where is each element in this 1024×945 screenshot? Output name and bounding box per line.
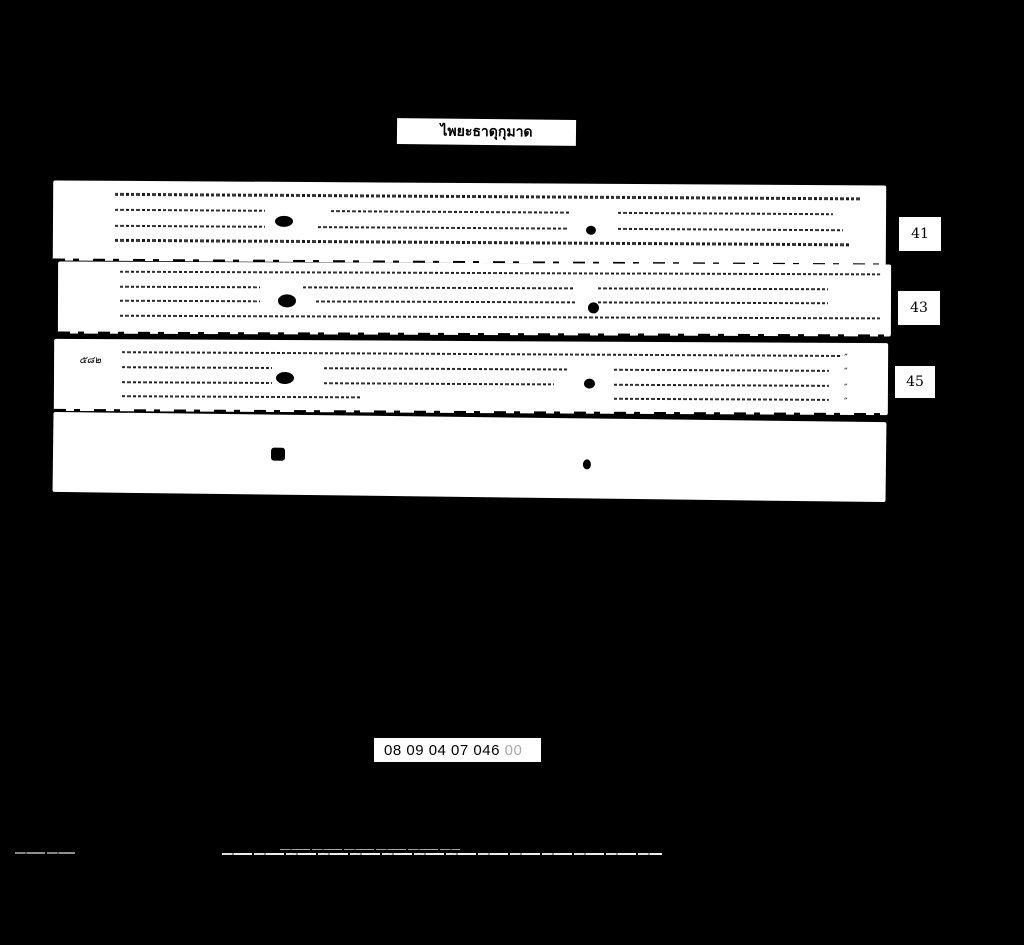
palm-leaf-1 bbox=[53, 180, 886, 265]
text-line bbox=[115, 193, 860, 201]
palm-leaf-4-blank bbox=[53, 412, 887, 502]
margin-tick: ″ bbox=[844, 367, 848, 378]
text-line bbox=[331, 210, 571, 213]
text-line bbox=[324, 367, 569, 370]
ruler-edge bbox=[280, 849, 460, 850]
text-line bbox=[122, 351, 842, 357]
text-line bbox=[318, 226, 568, 230]
margin-tick: ″ bbox=[844, 353, 848, 364]
text-line bbox=[120, 286, 260, 288]
folio-number-43: 43 bbox=[898, 291, 940, 325]
margin-tick: ″ bbox=[844, 383, 848, 394]
text-line bbox=[614, 398, 829, 401]
binding-hole bbox=[271, 448, 285, 461]
folio-number-41: 41 bbox=[899, 217, 941, 251]
text-line bbox=[120, 271, 880, 276]
text-line bbox=[618, 228, 843, 231]
binding-hole bbox=[276, 372, 294, 384]
text-line bbox=[614, 384, 829, 387]
text-line bbox=[115, 209, 265, 212]
margin-note: ๕๘๒ bbox=[79, 353, 101, 368]
binding-hole bbox=[583, 459, 591, 469]
text-line bbox=[303, 286, 573, 289]
text-line bbox=[316, 300, 576, 303]
palm-leaf-2 bbox=[58, 262, 891, 337]
binding-hole bbox=[278, 294, 296, 307]
archive-id-label: 08 09 04 07 046 00 bbox=[374, 738, 541, 762]
text-line bbox=[122, 381, 272, 384]
margin-tick: ″ bbox=[844, 397, 848, 408]
title-label: ไพยะธาดุกุมาด bbox=[397, 118, 576, 146]
ruler-edge bbox=[222, 853, 662, 855]
text-line bbox=[618, 212, 833, 215]
text-line bbox=[120, 315, 880, 320]
text-line bbox=[598, 287, 828, 290]
binding-hole bbox=[275, 216, 293, 227]
text-line bbox=[122, 366, 272, 369]
folio-number-45: 45 bbox=[895, 366, 935, 398]
archive-id-main: 08 09 04 07 046 bbox=[384, 742, 500, 759]
text-line bbox=[120, 300, 260, 302]
binding-hole bbox=[586, 226, 596, 235]
binding-hole bbox=[588, 302, 599, 313]
palm-leaf-3: ๕๘๒ ″ ″ ″ ″ bbox=[54, 339, 888, 415]
binding-hole bbox=[584, 379, 595, 389]
text-line bbox=[324, 382, 554, 385]
text-line bbox=[115, 239, 850, 246]
archive-id-suffix: 00 bbox=[505, 742, 523, 759]
text-line bbox=[598, 301, 828, 304]
text-line bbox=[614, 369, 829, 372]
text-line bbox=[115, 225, 265, 228]
text-line bbox=[122, 395, 362, 398]
ruler-edge bbox=[15, 852, 75, 854]
leaf-edge bbox=[58, 332, 891, 340]
